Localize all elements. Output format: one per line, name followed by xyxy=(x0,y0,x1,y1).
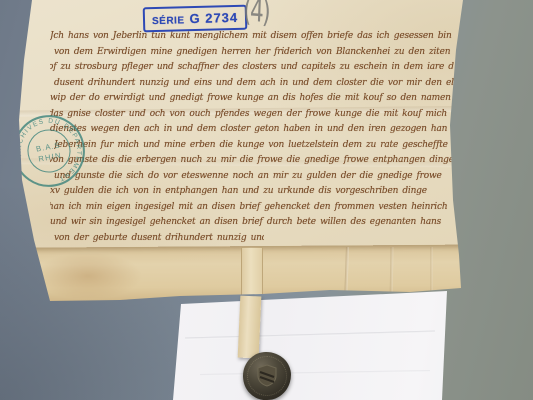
wax-seal xyxy=(243,352,291,400)
manuscript-line: das gnise closter und och von ouch pfend… xyxy=(50,107,454,123)
manuscript-line: und wir sin ingesigel gehencket an disen… xyxy=(50,215,454,231)
seal-shield-emblem xyxy=(257,364,277,387)
manuscript-text: Jch hans von Jeberlin tun kunt mengliche… xyxy=(50,29,454,249)
manuscript-line: xv gulden die ich von in entphangen han … xyxy=(50,184,454,200)
manuscript-line: han ich min eigen ingesigel mit an disen… xyxy=(50,200,454,216)
series-stamp-word: SÉRIE xyxy=(152,15,185,27)
series-stamp-number: G 2734 xyxy=(189,10,238,26)
round-archive-stamp: ARCHIVES DU DÉPARTEMENT B.A.S RHIN xyxy=(2,104,97,199)
archive-series-stamp: SÉRIEG 2734 xyxy=(143,5,248,33)
manuscript-line: von gunste dis die erbergen nuch zu mir … xyxy=(50,153,454,169)
paper-crease xyxy=(200,370,430,376)
manuscript-line: of zu strosburg pfleger und schaffner de… xyxy=(50,60,454,76)
manuscript-line: Jeberhein fur mich und mine erben die ku… xyxy=(54,138,454,154)
manuscript-line: dusent drihundert nunzig und eins und de… xyxy=(54,76,454,92)
manuscript-line: Jch hans von Jeberlin tun kunt mengliche… xyxy=(50,29,454,45)
manuscript-line: von dem Erwirdigen mine gnedigen herren … xyxy=(54,45,454,61)
paper-crease xyxy=(185,331,435,340)
manuscript-line: wip der do erwirdigt und gnedigt frowe k… xyxy=(50,91,454,107)
pencil-folio-number: (4) xyxy=(243,0,270,30)
fold-stain xyxy=(40,250,160,302)
seal-tag xyxy=(238,296,262,359)
archive-photo-scene: Jch hans von Jeberlin tun kunt mengliche… xyxy=(0,0,533,400)
manuscript-line: und gunste die sich do vor eteswenne noc… xyxy=(54,169,454,185)
manuscript-line: von der geburte dusent drihundert nunzig… xyxy=(54,231,264,247)
manuscript-line: dienstes wegen den ach in und dem closte… xyxy=(50,122,454,138)
seal-tag-upper xyxy=(241,247,263,298)
